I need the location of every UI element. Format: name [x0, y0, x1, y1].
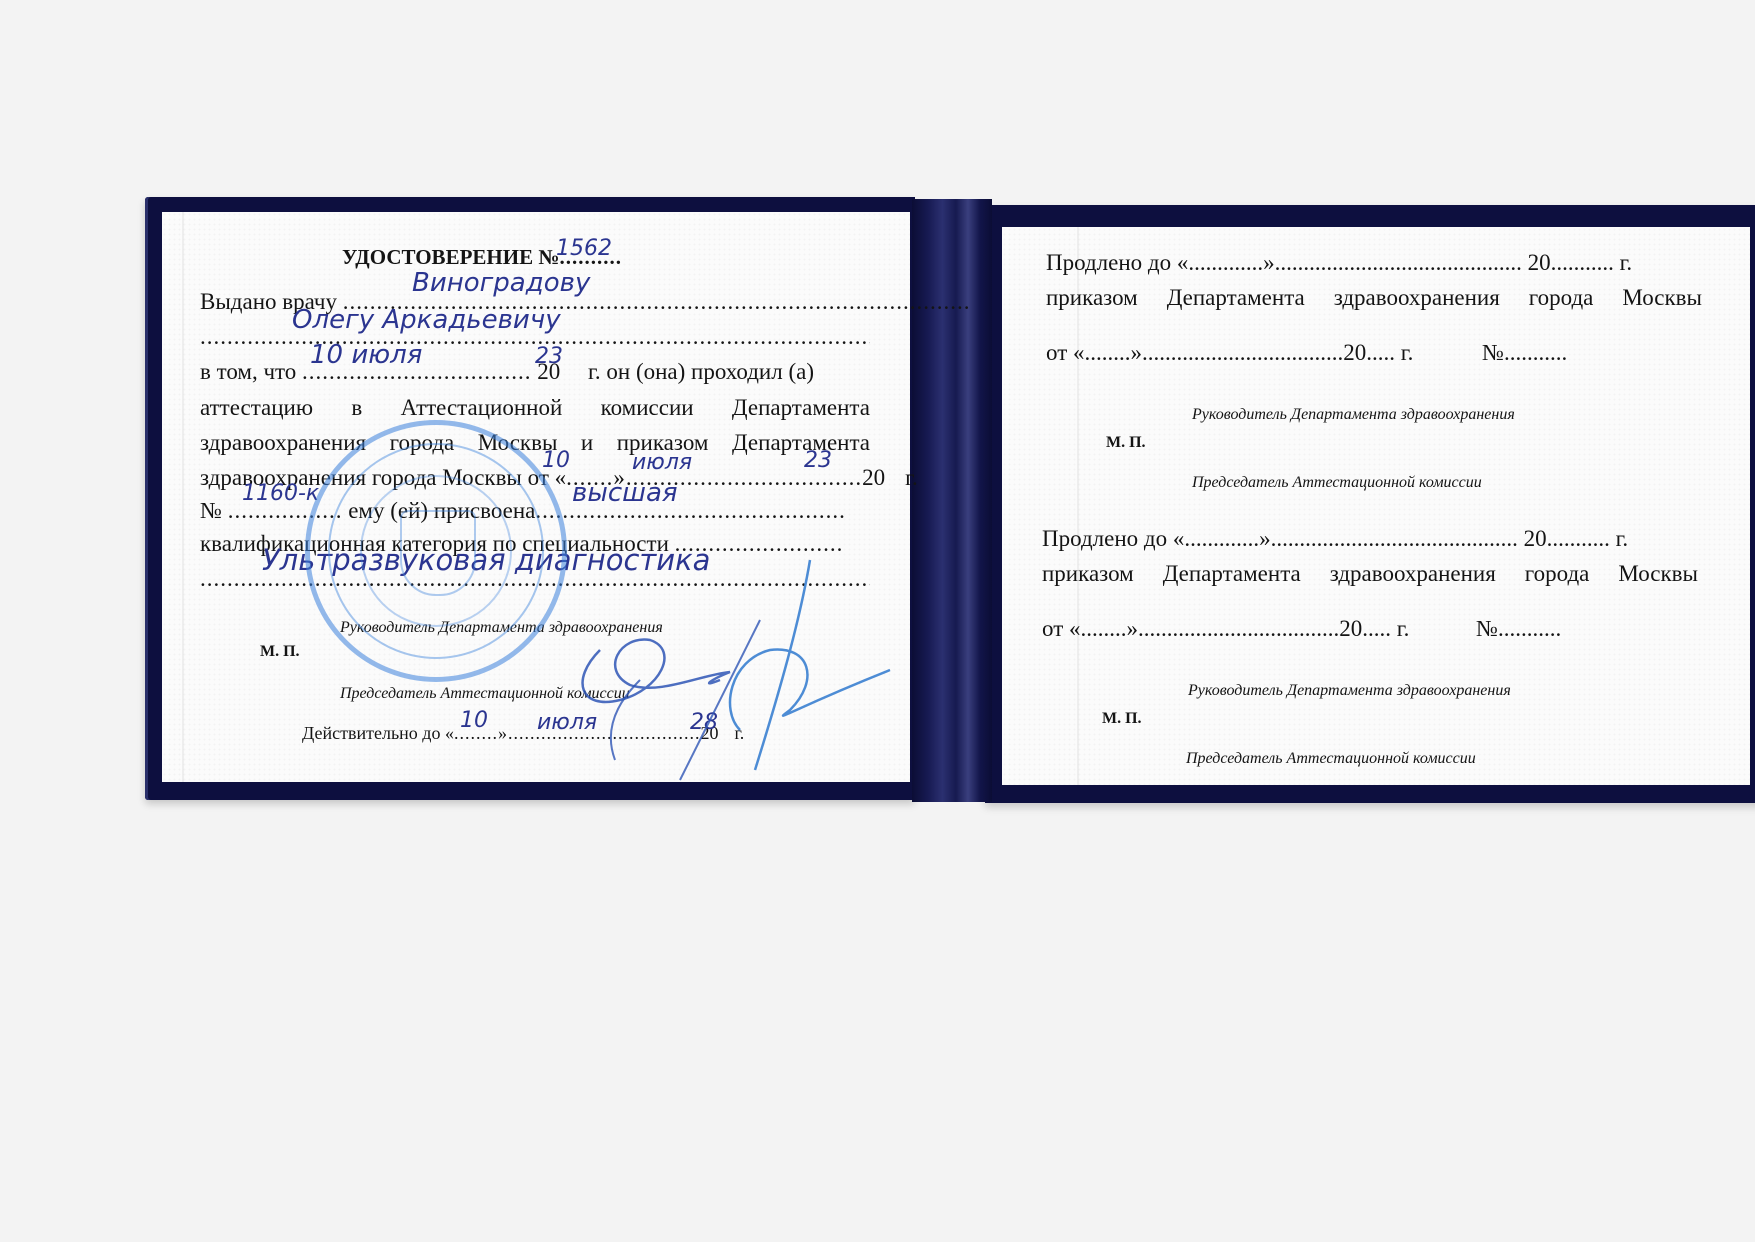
order-day: 10 — [542, 450, 570, 472]
extension-seal-label: М. П. — [1102, 711, 1142, 727]
qualification-category: высшая — [572, 480, 678, 506]
doctor-given-names: Олегу Аркадьевичу — [292, 307, 561, 333]
doctor-surname: Виноградову — [412, 270, 590, 296]
order-month: июля — [632, 452, 692, 474]
extension-order-line: приказом Департамента здравоохранения го… — [1046, 286, 1702, 309]
certificate-number: 1562 — [556, 238, 612, 260]
extension-signer-head: Руководитель Департамента здравоохранени… — [1188, 683, 1511, 699]
exam-year: 23 — [535, 346, 563, 368]
page-fold-mark — [182, 212, 184, 782]
attestation-line: аттестацию в Аттестационной комиссии Деп… — [200, 396, 870, 419]
extension-number-line: №........... — [1482, 341, 1567, 364]
extension-date-line: от «........»...........................… — [1042, 617, 1409, 640]
extension-signer-head: Руководитель Департамента здравоохранени… — [1192, 407, 1515, 423]
extension-date-line: от «........»...........................… — [1046, 341, 1413, 364]
extension-order-line: приказом Департамента здравоохранения го… — [1042, 562, 1698, 585]
coat-of-arms-icon — [400, 510, 476, 596]
extended-until-line: Продлено до «.............».............… — [1046, 251, 1632, 274]
extension-signer-chair: Председатель Аттестационной комиссии — [1186, 751, 1476, 767]
exam-date: 10 июля — [310, 342, 422, 368]
extended-until-line: Продлено до «.............».............… — [1042, 527, 1628, 550]
valid-day: 10 — [460, 710, 488, 732]
seal-label: М. П. — [260, 644, 300, 660]
signature-chair — [660, 560, 900, 800]
extension-seal-label: М. П. — [1106, 435, 1146, 451]
official-stamp — [305, 420, 567, 682]
order-number: 1160-к — [242, 483, 319, 505]
health-dept-line: здравоохранения города Москвы и приказом… — [200, 431, 870, 454]
order-year: 23 — [804, 450, 832, 472]
page-fold-mark — [1077, 227, 1079, 785]
extension-page: Продлено до «.............».............… — [1002, 227, 1750, 785]
extension-number-line: №........... — [1476, 617, 1561, 640]
extension-signer-chair: Председатель Аттестационной комиссии — [1192, 475, 1482, 491]
